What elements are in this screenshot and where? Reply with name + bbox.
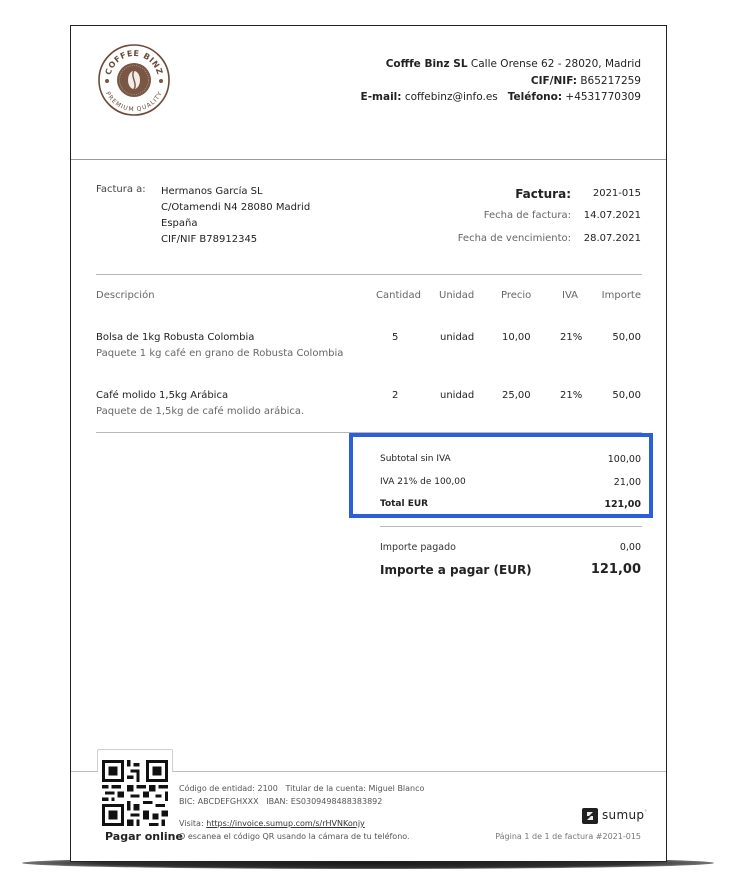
item-price: 25,00	[502, 390, 531, 401]
item-vat: 21%	[560, 332, 582, 343]
company-name: Cofffe Binz SL	[386, 58, 468, 70]
table-top-divider	[96, 274, 642, 275]
item-description: Paquete 1 kg café en grano de Robusta Co…	[96, 348, 343, 359]
bank-entity-line: Código de entidad: 2100 Titular de la cu…	[179, 784, 424, 793]
invoice-date: 14.07.2021	[584, 210, 641, 221]
invoice-number-label: Factura:	[515, 187, 571, 201]
invoice-page: COFFEE BINZ PREMIUM QUALITY Cofffe Binz …	[70, 25, 667, 862]
coffee-binz-logo: COFFEE BINZ PREMIUM QUALITY	[97, 43, 171, 117]
item-qty: 5	[392, 332, 398, 343]
amount-due-label: Importe a pagar (EUR)	[380, 563, 532, 577]
qr-code-icon[interactable]	[102, 760, 168, 826]
item-title: Bolsa de 1kg Robusta Colombia	[96, 332, 254, 343]
item-qty: 2	[392, 390, 398, 401]
vat-label: IVA 21% de 100,00	[380, 477, 466, 487]
bank-bic-iban-line: BIC: ABCDEFGHXXX IBAN: ES030949848838389…	[179, 797, 382, 806]
vat-value: 21,00	[614, 477, 641, 488]
due-date-label: Fecha de vencimiento:	[458, 233, 571, 244]
scan-instructions: O escanea el código QR usando la cámara …	[179, 832, 410, 841]
company-details: Cofffe Binz SL Calle Orense 62 - 28020, …	[361, 56, 641, 106]
visit-line: Visita: https://invoice.sumup.com/s/rHVN…	[179, 819, 365, 828]
item-title: Café molido 1,5kg Arábica	[96, 390, 228, 401]
company-email: coffebinz@info.es	[405, 91, 498, 103]
due-date: 28.07.2021	[584, 233, 641, 244]
amount-due-value: 121,00	[591, 562, 641, 577]
invoice-number: 2021-015	[593, 188, 641, 199]
totals-divider	[380, 526, 642, 527]
item-unit: unidad	[440, 390, 474, 401]
company-phone: +4531770309	[565, 91, 641, 103]
company-cif: B65217259	[580, 75, 641, 87]
header-divider	[71, 159, 666, 160]
subtotal-label: Subtotal sin IVA	[380, 454, 451, 464]
item-vat: 21%	[560, 390, 582, 401]
company-address: Calle Orense 62 - 28020, Madrid	[471, 58, 641, 70]
sumup-brand: sumup°	[602, 808, 648, 822]
item-description: Paquete de 1,5kg de café molido arábica.	[96, 406, 304, 417]
invoice-link[interactable]: https://invoice.sumup.com/s/rHVNKonjy	[206, 819, 365, 828]
paid-label: Importe pagado	[380, 542, 456, 553]
subtotal-value: 100,00	[608, 454, 641, 465]
total-value: 121,00	[604, 499, 641, 510]
item-amount: 50,00	[612, 390, 641, 401]
pay-online-label[interactable]: Pagar online	[105, 830, 183, 843]
total-label: Total EUR	[380, 499, 428, 509]
paid-value: 0,00	[620, 542, 641, 553]
invoice-date-label: Fecha de factura:	[484, 210, 571, 221]
item-unit: unidad	[440, 332, 474, 343]
page-number: Página 1 de 1 de factura #2021-015	[495, 832, 641, 841]
bill-to-address: Hermanos García SL C/Otamendi N4 28080 M…	[161, 184, 310, 248]
bill-to-label: Factura a:	[96, 184, 146, 195]
sumup-logo-icon	[582, 808, 598, 824]
item-amount: 50,00	[612, 332, 641, 343]
item-price: 10,00	[502, 332, 531, 343]
